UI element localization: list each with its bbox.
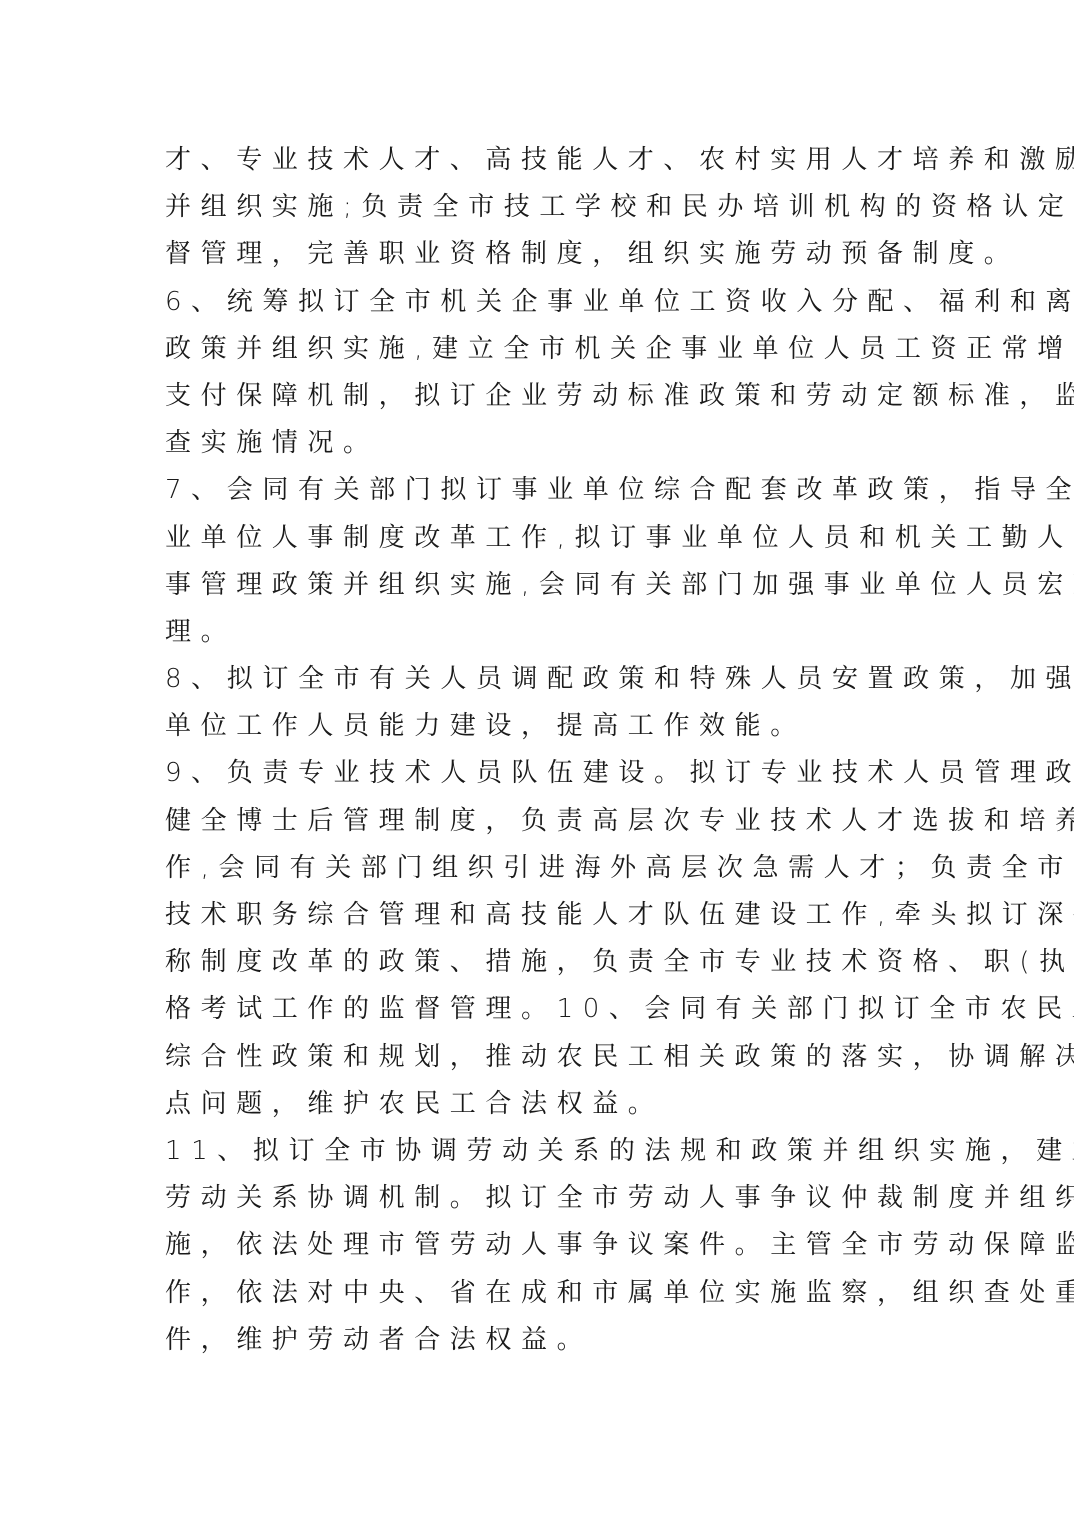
text-line: 9、负责专业技术人员队伍建设。拟订专业技术人员管理政策， xyxy=(165,750,915,797)
text-line: 格考试工作的监督管理。10、会同有关部门拟订全市农民工工作 xyxy=(165,986,915,1033)
text-line: 健全博士后管理制度，负责高层次专业技术人才选拔和培养工 xyxy=(165,798,915,845)
text-line: 督管理，完善职业资格制度，组织实施劳动预备制度。 xyxy=(165,231,915,278)
text-line: 综合性政策和规划，推动农民工相关政策的落实，协调解决重难 xyxy=(165,1034,915,1081)
text-line: 件，维护劳动者合法权益。 xyxy=(165,1317,915,1364)
text-line: 业单位人事制度改革工作,拟订事业单位人员和机关工勤人员人 xyxy=(165,515,915,562)
text-line: 作,会同有关部门组织引进海外高层次急需人才；负责全市专业 xyxy=(165,845,915,892)
text-line: 理。 xyxy=(165,609,915,656)
text-line: 施，依法处理市管劳动人事争议案件。主管全市劳动保障监察工 xyxy=(165,1222,915,1269)
text-line: 技术职务综合管理和高技能人才队伍建设工作,牵头拟订深化职 xyxy=(165,892,915,939)
text-line: 单位工作人员能力建设，提高工作效能。 xyxy=(165,703,915,750)
text-line: 6、统筹拟订全市机关企事业单位工资收入分配、福利和离退休 xyxy=(165,279,915,326)
text-line: 查实施情况。 xyxy=(165,420,915,467)
text-line: 劳动关系协调机制。拟订全市劳动人事争议仲裁制度并组织实 xyxy=(165,1175,915,1222)
text-line: 8、拟订全市有关人员调配政策和特殊人员安置政策，加强事业 xyxy=(165,656,915,703)
text-line: 支付保障机制，拟订企业劳动标准政策和劳动定额标准，监督检 xyxy=(165,373,915,420)
document-page: 才、专业技术人才、高技能人才、农村实用人才培养和激励政策 并组织实施;负责全市技… xyxy=(165,137,915,1364)
text-line: 点问题，维护农民工合法权益。 xyxy=(165,1081,915,1128)
text-line: 并组织实施;负责全市技工学校和民办培训机构的资格认定和监 xyxy=(165,184,915,231)
text-line: 政策并组织实施,建立全市机关企事业单位人员工资正常增长和 xyxy=(165,326,915,373)
text-line: 事管理政策并组织实施,会同有关部门加强事业单位人员宏观管 xyxy=(165,562,915,609)
text-line: 7、会同有关部门拟订事业单位综合配套改革政策，指导全市事 xyxy=(165,467,915,514)
text-line: 作，依法对中央、省在成和市属单位实施监察，组织查处重大案 xyxy=(165,1270,915,1317)
text-line: 才、专业技术人才、高技能人才、农村实用人才培养和激励政策 xyxy=(165,137,915,184)
text-line: 称制度改革的政策、措施，负责全市专业技术资格、职(执)业资 xyxy=(165,939,915,986)
text-line: 11、拟订全市协调劳动关系的法规和政策并组织实施，建立健全 xyxy=(165,1128,915,1175)
